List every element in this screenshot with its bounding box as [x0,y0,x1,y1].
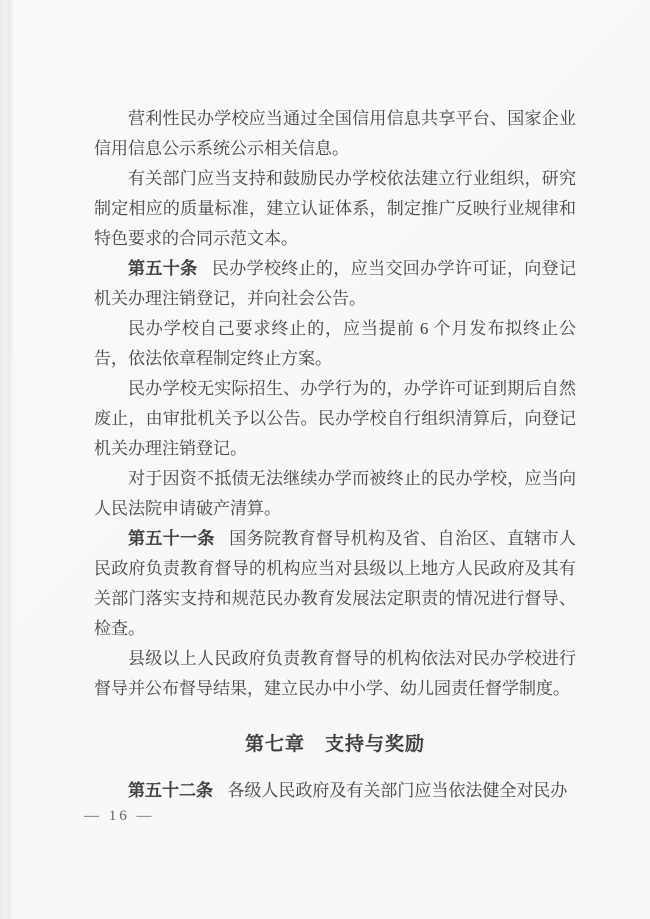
paragraph: 营利性民办学校应当通过全国信用信息共享平台、国家企业信用信息公示系统公示相关信息… [94,104,576,164]
paragraph-text: 县级以上人民政府负责教育督导的机构依法对民办学校进行督导并公布督导结果，建立民办… [94,649,576,698]
paragraph: 有关部门应当支持和鼓励民办学校依法建立行业组织，研究制定相应的质量标准，建立认证… [94,164,576,254]
paragraph-text: 有关部门应当支持和鼓励民办学校依法建立行业组织，研究制定相应的质量标准，建立认证… [94,169,576,248]
article-number: 第五十一条 [128,529,215,548]
paragraph-text: 民办学校无实际招生、办学行为的，办学许可证到期后自然废止，由审批机关予以公告。民… [94,379,576,458]
paragraph: 第五十一条国务院教育督导机构及省、自治区、直辖市人民政府负责教育督导的机构应当对… [94,524,576,644]
paragraph: 第五十条民办学校终止的，应当交回办学许可证，向登记机关办理注销登记，并向社会公告… [94,254,576,314]
paragraph-text: 对于因资不抵债无法继续办学而被终止的民办学校，应当向人民法院申请破产清算。 [94,469,576,518]
chapter-heading: 第七章 支持与奖励 [94,730,576,760]
scan-edge-shadow [0,0,16,919]
page-number: — 16 — [84,804,155,828]
document-content: 营利性民办学校应当通过全国信用信息共享平台、国家企业信用信息公示系统公示相关信息… [94,104,576,806]
article-number: 第五十二条 [128,781,213,800]
paragraph: 对于因资不抵债无法继续办学而被终止的民办学校，应当向人民法院申请破产清算。 [94,464,576,524]
paragraph-text: 各级人民政府及有关部门应当依法健全对民办 [227,781,567,800]
paragraph: 县级以上人民政府负责教育督导的机构依法对民办学校进行督导并公布督导结果，建立民办… [94,644,576,704]
paragraph: 第五十二条各级人民政府及有关部门应当依法健全对民办 [94,776,576,806]
paragraph: 民办学校自己要求终止的，应当提前 6 个月发布拟终止公告，依法依章程制定终止方案… [94,314,576,374]
article-number: 第五十条 [128,259,197,278]
paragraph: 民办学校无实际招生、办学行为的，办学许可证到期后自然废止，由审批机关予以公告。民… [94,374,576,464]
document-page: 营利性民办学校应当通过全国信用信息共享平台、国家企业信用信息公示系统公示相关信息… [0,0,650,919]
paragraph-text: 营利性民办学校应当通过全国信用信息共享平台、国家企业信用信息公示系统公示相关信息… [94,109,576,158]
paragraph-text: 民办学校自己要求终止的，应当提前 6 个月发布拟终止公告，依法依章程制定终止方案… [94,319,576,368]
